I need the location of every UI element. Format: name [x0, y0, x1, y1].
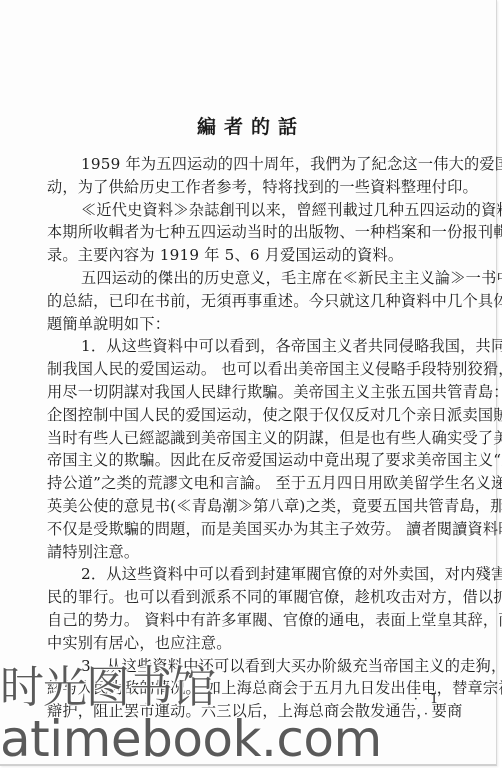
text-line: 制我国人民的爱国运动。 也可以看出美帝国主义侵略手段特别狡猾，: [47, 358, 459, 381]
text-line: 2．从这些資料中可以看到封建軍閥官僚的对外卖国，对内殘害人: [47, 563, 459, 586]
text-line: 辯护，阻止罢市運动。六三以后，上海总商会散发通告，要商: [47, 700, 459, 723]
text-line: 題簡单說明如下：: [47, 313, 459, 336]
text-line: 录。主要內容为 1919 年 5、6 月爱国运动的資料。: [47, 244, 459, 267]
text-line: 的总結，已印在书前，无須再事重述。今只就这几种資料中几个具体問: [47, 290, 459, 313]
text-line: 1959 年为五四运动的四十周年，我們为了紀念这一伟大的爱国运: [47, 153, 459, 176]
text-line: 英美公使的意見书(≪青島潮≫第八章)之类，竟要五国共管青島，那就: [47, 495, 459, 518]
text-line: 請特别注意。: [47, 541, 459, 564]
book-page: 編者的話 1959 年为五四运动的四十周年，我們为了紀念这一伟大的爱国运动，为了…: [0, 0, 497, 766]
text-line: 3．从这些資料中还可以看到大买办阶級充当帝国主义的走狗，始: [47, 655, 459, 678]
text-line: 1．从这些資料中可以看到，各帝国主义者共同侵略我国，共同压: [47, 335, 459, 358]
text-line: 用尽一切阴謀对我国人民肆行欺騙。美帝国主义主张五国共管青島：又: [47, 381, 459, 404]
text-line: 自己的势力。 資料中有許多軍閥、官僚的通电，表面上堂皇其辞，而內: [47, 609, 459, 632]
text-line: 动，为了供給历史工作者参考，特将找到的一些資料整理付印。: [47, 176, 459, 199]
page-title: 編者的話: [0, 112, 502, 139]
text-line: 五四运动的傑出的历史意义，毛主席在≪新民主主义論≫一书中: [47, 267, 459, 290]
text-line: 不仅是受欺騙的問題，而是美国买办为其主子效劳。 讀者閱讀資料时: [47, 518, 459, 541]
text-line: 終与人民为敌的情况。 如上海总商会于五月九日发出佳电，替章宗祥: [47, 677, 459, 700]
body-text: 1959 年为五四运动的四十周年，我們为了紀念这一伟大的爱国运动，为了供給历史工…: [47, 153, 459, 723]
text-line: 帝国主义的欺騙。因此在反帝爱国运动中竟出現了要求美帝国主义“主: [47, 449, 459, 472]
text-line: 本期所收輯者为七种五四运动当时的出版物、一种档案和一份报刊輯: [47, 221, 459, 244]
text-line: 当时有些人已經認識到美帝国主义的阴謀，但是也有些人确实受了美: [47, 427, 459, 450]
text-line: ≪近代史資料≫杂誌創刊以来，曾經刊載过几种五四运动的資料，: [47, 199, 459, 222]
page-number: · 1 ·: [410, 692, 446, 722]
text-line: 企图控制中国人民的爱国运动，使之限于仅仅反对几个亲日派卖国賊。: [47, 404, 459, 427]
text-line: 中实别有居心，也应注意。: [47, 632, 459, 655]
text-line: 持公道”之类的荒謬文电和言論。 至于五月四日用欧美留学生名义递: [47, 472, 459, 495]
text-line: 民的罪行。也可以看到派系不同的軍閥官僚，趁机攻击对方，借以扩大: [47, 586, 459, 609]
